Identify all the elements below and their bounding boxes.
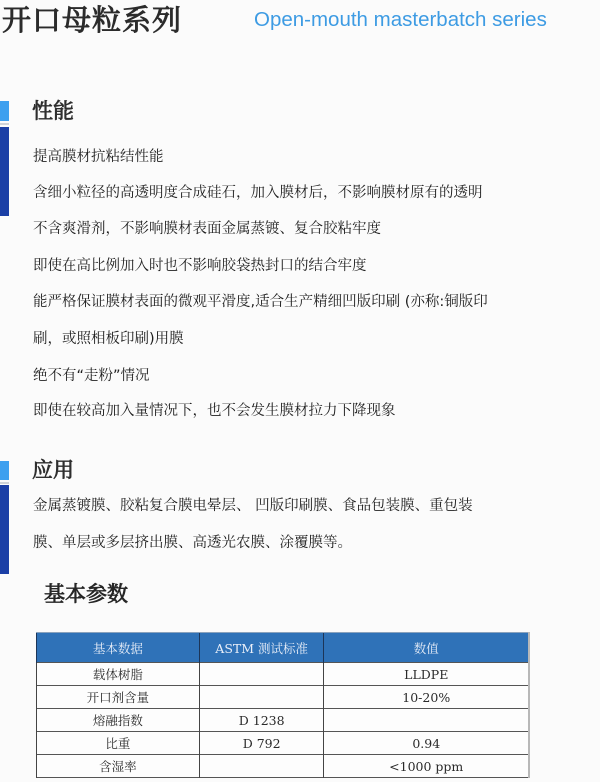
table-cell: 0.94: [324, 732, 529, 755]
table-row: 含湿率 <1000 ppm: [37, 755, 530, 778]
table-cell: LLDPE: [324, 663, 529, 686]
table-cell: [324, 709, 529, 732]
table-header-row: 基本数据 ASTM 测试标准 数值: [37, 633, 530, 663]
performance-line: 提高膜材抗粘结性能: [33, 147, 164, 167]
table-cell: 比重: [37, 732, 200, 755]
section-heading-params: 基本参数: [44, 580, 128, 608]
table-row: 比重 D 792 0.94: [37, 732, 530, 755]
table-cell: [199, 755, 324, 778]
table-cell: D 1238: [199, 709, 324, 732]
table-cell: [199, 686, 324, 709]
table-cell: [199, 663, 324, 686]
table-cell: 含湿率: [37, 755, 200, 778]
performance-line: 能严格保证膜材表面的微观平滑度,适合生产精细凹版印刷 (亦称:铜版印: [33, 292, 488, 312]
page-subtitle-english: Open-mouth masterbatch series: [254, 6, 547, 34]
table-cell: 熔融指数: [37, 709, 200, 732]
table-row: 载体树脂 LLDPE: [37, 663, 530, 686]
application-line: 金属蒸镀膜、胶粘复合膜电晕层、 凹版印刷膜、食品包装膜、重包装: [33, 496, 473, 516]
column-header: ASTM 测试标准: [199, 633, 324, 663]
params-table: 基本数据 ASTM 测试标准 数值 载体树脂 LLDPE 开口剂含量 10-20…: [36, 632, 530, 778]
page-title: 开口母粒系列: [2, 2, 182, 38]
performance-line: 不含爽滑剂，不影响膜材表面金属蒸镀、复合胶粘牢度: [33, 219, 381, 239]
table-row: 熔融指数 D 1238: [37, 709, 530, 732]
table-cell: <1000 ppm: [324, 755, 529, 778]
section-heading-application: 应用: [32, 456, 74, 484]
section-accent-bar-light: [0, 461, 9, 480]
performance-line: 刷，或照相板印刷)用膜: [33, 329, 184, 349]
table-cell: D 792: [199, 732, 324, 755]
section-accent-divider: [0, 482, 9, 484]
section-accent-bar-dark: [0, 127, 9, 216]
section-heading-performance: 性能: [32, 97, 74, 125]
application-line: 膜、单层或多层挤出膜、高透光农膜、涂覆膜等。: [33, 533, 352, 553]
performance-line: 即使在较高加入量情况下，也不会发生膜材拉力下降现象: [33, 401, 396, 421]
section-accent-bar-dark: [0, 485, 9, 574]
table-row: 开口剂含量 10-20%: [37, 686, 530, 709]
performance-line: 含细小粒径的高透明度合成硅石，加入膜材后，不影响膜材原有的透明: [33, 183, 483, 203]
section-accent-divider: [0, 123, 9, 125]
column-header: 基本数据: [37, 633, 200, 663]
table-cell: 载体树脂: [37, 663, 200, 686]
performance-line: 即使在高比例加入时也不影响胶袋热封口的结合牢度: [33, 256, 367, 276]
column-header: 数值: [324, 633, 529, 663]
table-cell: 10-20%: [324, 686, 529, 709]
performance-line: 绝不有“走粉”情况: [33, 366, 150, 386]
table-cell: 开口剂含量: [37, 686, 200, 709]
section-accent-bar-light: [0, 101, 9, 121]
